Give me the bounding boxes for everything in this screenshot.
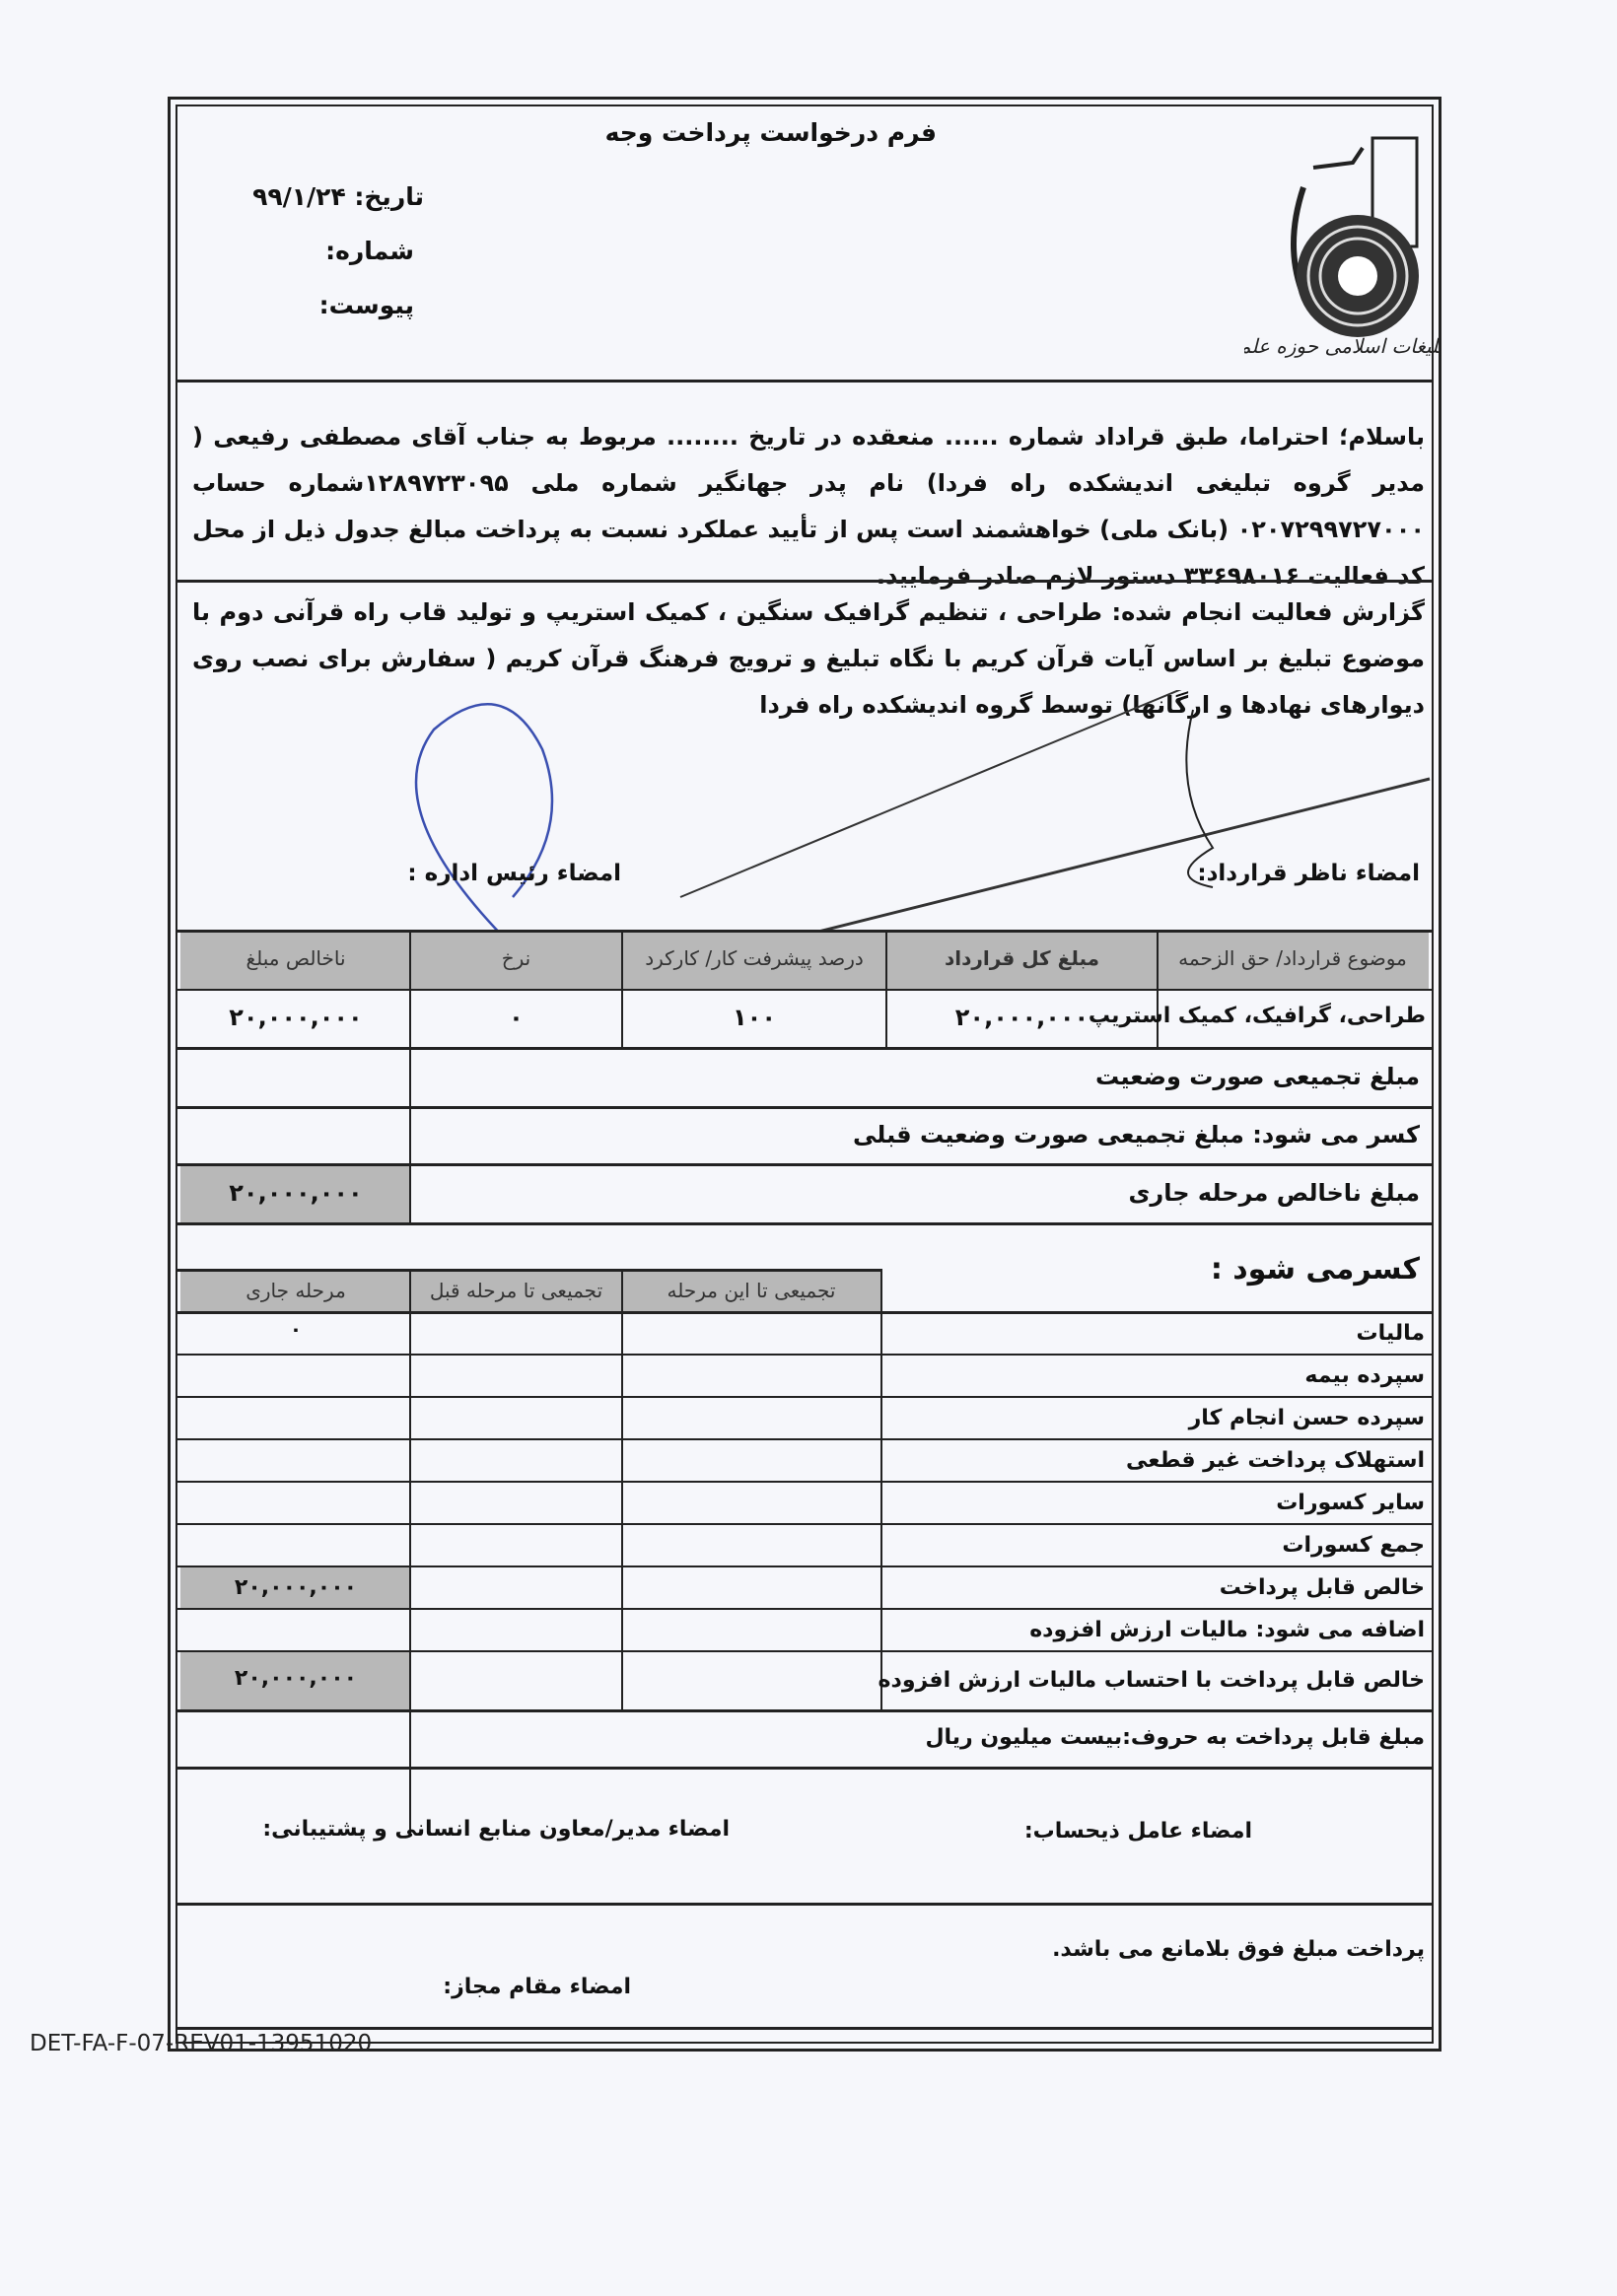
table-cell-gross-amount: ۲۰,۰۰۰,۰۰۰ bbox=[182, 1004, 409, 1031]
deduction-label-other: سایر کسورات bbox=[887, 1491, 1425, 1515]
row-divider bbox=[176, 1438, 1434, 1440]
date-field: تاریخ: ۹۹/۱/۲۴ bbox=[246, 182, 424, 211]
organization-logo-icon: دفتر تبلیغات اسلامی حوزه علمیه قم bbox=[1244, 128, 1441, 365]
net-with-vat-value: ۲۰,۰۰۰,۰۰۰ bbox=[182, 1666, 409, 1691]
net-with-vat-label: خالص قابل پرداخت با احتساب مالیات ارزش ا… bbox=[424, 1668, 1425, 1693]
row-divider bbox=[176, 1396, 1434, 1398]
column-header-cumulative-prev-stage: تجمیعی تا مرحله قبل bbox=[411, 1279, 621, 1302]
summary-label-gross-current: مبلغ ناخالص مرحله جاری bbox=[424, 1179, 1420, 1207]
hr-manager-signature-label: امضاء مدیر/معاون منابع انسانی و پشتیبانی… bbox=[316, 1817, 730, 1842]
deductions-title: کسرمی شود : bbox=[1183, 1252, 1420, 1287]
amount-in-words: مبلغ قابل پرداخت به حروف:بیست میلیون ریا… bbox=[424, 1725, 1425, 1750]
authority-signature-label: امضاء مقام مجاز: bbox=[414, 1975, 631, 1999]
column-divider bbox=[880, 1269, 882, 1709]
form-title: فرم درخواست پرداخت وجه bbox=[651, 118, 937, 147]
divider bbox=[176, 1903, 1434, 1906]
number-label: شماره: bbox=[246, 237, 414, 265]
row-divider bbox=[176, 1481, 1434, 1483]
deduction-label-insurance-deposit: سپرده بیمه bbox=[887, 1363, 1425, 1388]
signature-scribbles-icon bbox=[394, 690, 1440, 946]
column-header-rate: نرخ bbox=[411, 946, 621, 970]
table-border bbox=[176, 1047, 1434, 1050]
svg-text:دفتر تبلیغات اسلامی حوزه علمیه: دفتر تبلیغات اسلامی حوزه علمیه قم bbox=[1244, 334, 1441, 358]
net-payable-value: ۲۰,۰۰۰,۰۰۰ bbox=[182, 1575, 409, 1600]
summary-label-previous-deduction: کسر می شود: مبلغ تجمیعی صورت وضعیت قبلی bbox=[424, 1121, 1420, 1148]
accountant-signature-label: امضاء عامل ذیحساب: bbox=[986, 1819, 1252, 1844]
deduction-label-vat-added: اضافه می شود: مالیات ارزش افزوده bbox=[887, 1618, 1425, 1642]
table-cell-progress: ۱۰۰ bbox=[623, 1004, 885, 1031]
column-divider bbox=[409, 930, 411, 1225]
office-head-signature-label: امضاء رئیس اداره : bbox=[414, 861, 621, 886]
deduction-label-tax: مالیات bbox=[887, 1321, 1425, 1346]
deduction-value-tax-current: ۰ bbox=[182, 1317, 409, 1341]
table-cell-subject: طراحی، گرافیک، کمیک استریپ bbox=[1160, 1004, 1426, 1028]
deduction-label-performance-deposit: سپرده حسن انجام کار bbox=[887, 1406, 1425, 1430]
summary-label-cumulative: مبلغ تجمیعی صورت وضعیت bbox=[424, 1063, 1420, 1090]
table-cell-rate: ۰ bbox=[411, 1004, 621, 1031]
divider bbox=[176, 380, 1434, 383]
form-code: DET-FA-F-07-REV01-13951020 bbox=[30, 2031, 372, 2056]
deduction-label-total: جمع کسورات bbox=[887, 1533, 1425, 1558]
contract-supervisor-signature-label: امضاء ناظر قرارداد: bbox=[1144, 861, 1420, 886]
row-divider bbox=[176, 1709, 1434, 1712]
row-divider bbox=[176, 1608, 1434, 1610]
column-header-current-stage: مرحله جاری bbox=[182, 1279, 409, 1302]
divider bbox=[176, 2027, 1434, 2030]
column-header-total-amount: مبلغ کل قرارداد bbox=[887, 946, 1157, 970]
request-paragraph: باسلام؛ احتراما، طبق قراداد شماره ......… bbox=[192, 414, 1425, 599]
summary-value-gross-current: ۲۰,۰۰۰,۰۰۰ bbox=[182, 1179, 409, 1207]
column-divider bbox=[621, 1269, 623, 1709]
row-divider bbox=[176, 1354, 1434, 1356]
column-header-cumulative-this-stage: تجمیعی تا این مرحله bbox=[623, 1279, 879, 1302]
column-header-gross-amount: ناخالص مبلغ bbox=[182, 946, 409, 970]
attachment-label: پیوست: bbox=[246, 291, 414, 319]
deduction-label-net-payable: خالص قابل پرداخت bbox=[887, 1575, 1425, 1600]
row-divider bbox=[176, 1767, 1434, 1770]
deduction-label-advance-amortization: استهلاک پرداخت غیر قطعی bbox=[887, 1448, 1425, 1473]
table-border bbox=[176, 989, 1434, 991]
date-label: تاریخ: bbox=[354, 182, 424, 211]
column-header-progress: درصد پیشرفت کار/ کارکرد bbox=[623, 946, 885, 970]
row-divider bbox=[176, 1523, 1434, 1525]
column-header-subject: موضوع قرارداد/ حق الزحمه bbox=[1160, 946, 1426, 970]
column-divider bbox=[1157, 930, 1159, 1048]
table-border bbox=[177, 1311, 1434, 1314]
table-border bbox=[176, 1222, 1434, 1225]
table-cell-total-amount: ۲۰,۰۰۰,۰۰۰ bbox=[887, 1004, 1157, 1031]
table-border bbox=[176, 1106, 1434, 1109]
approval-text: پرداخت مبلغ فوق بلامانع می باشد. bbox=[887, 1937, 1425, 1962]
date-value: ۹۹/۱/۲۴ bbox=[252, 182, 346, 211]
divider bbox=[176, 580, 1434, 583]
